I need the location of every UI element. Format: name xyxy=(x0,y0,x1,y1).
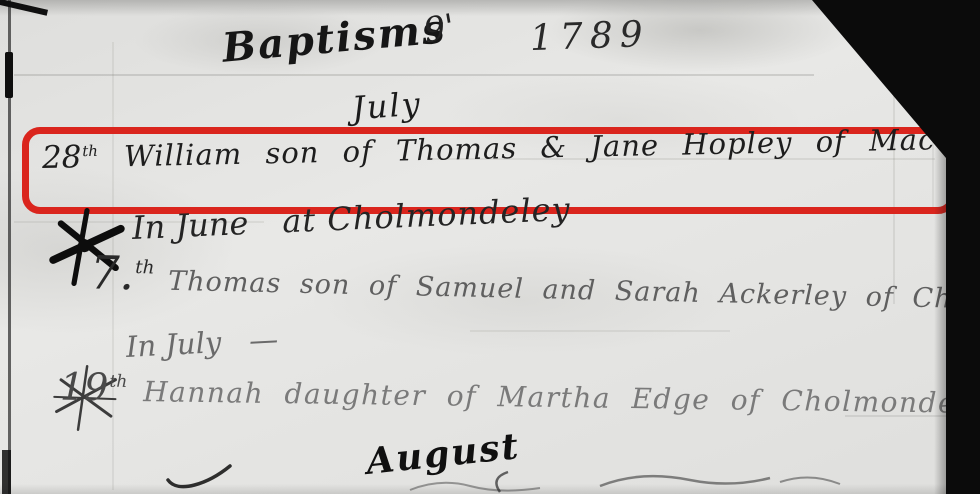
note-june-month: In June xyxy=(131,204,249,247)
ruled-line xyxy=(14,74,814,76)
binding-shadow xyxy=(934,140,948,494)
register-mark: 9' xyxy=(421,10,458,51)
entry-day: 28th xyxy=(42,141,99,175)
register-scan-page: Baptisms 9' 1789 July 28th William son o… xyxy=(0,0,980,494)
day-suffix: th xyxy=(109,372,127,392)
note-july-month: In July xyxy=(125,325,222,364)
month-heading-july: July xyxy=(351,88,423,126)
entry-text: Thomas son of Samuel and Sarah Ackerley … xyxy=(168,268,980,318)
entry-day: 19th xyxy=(60,381,127,388)
cutoff-entry-strokes xyxy=(80,458,920,494)
page-edge-mark xyxy=(5,52,13,98)
entry-ackerley: 7.th Thomas son of Samuel and Sarah Acke… xyxy=(90,266,958,314)
page-edge-mark xyxy=(2,450,11,494)
register-year: 1789 xyxy=(529,16,650,58)
day-suffix: th xyxy=(135,257,155,278)
day-suffix: th xyxy=(82,142,98,160)
entry-day: 7.th xyxy=(90,267,154,274)
page-title: Baptisms xyxy=(221,8,449,69)
entry-edge: 19th Hannah daughter of Martha Edge of C… xyxy=(60,376,940,418)
ruled-line xyxy=(470,330,730,332)
note-july: In July— xyxy=(125,324,279,362)
note-july-dash: — xyxy=(248,322,279,357)
entry-text: Hannah daughter of Martha Edge of Cholmo… xyxy=(143,377,980,418)
